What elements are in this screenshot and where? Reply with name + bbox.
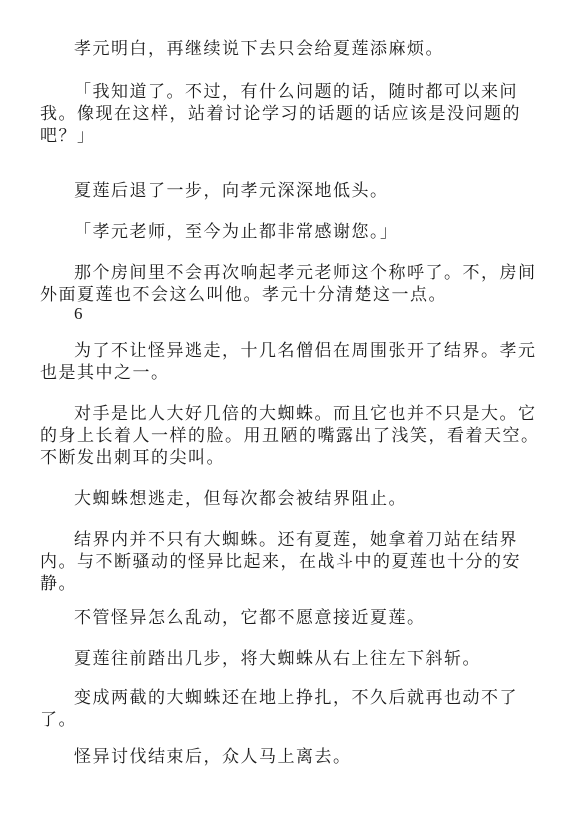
paragraph: 孝元明白，再继续说下去只会给夏莲添麻烦。 xyxy=(40,38,563,60)
text-line: 内。与不断骚动的怪异比起来，在战斗中的夏莲也十分的安 xyxy=(40,551,563,573)
paragraph: 那个房间里不会再次响起孝元老师这个称呼了。不，房间外面夏莲也不会这么叫他。孝元十… xyxy=(40,262,563,306)
text-line: 对手是比人大好几倍的大蜘蛛。而且它也并不只是大。它 xyxy=(40,403,563,425)
text-line: 怪异讨伐结束后，众人马上离去。 xyxy=(40,746,563,768)
text-line: 那个房间里不会再次响起孝元老师这个称呼了。不，房间 xyxy=(40,262,563,284)
paragraph: 夏莲后退了一步，向孝元深深地低头。 xyxy=(40,180,563,202)
text-content: 孝元明白，再继续说下去只会给夏莲添麻烦。「我知道了。不过，有什么问题的话，随时都… xyxy=(40,38,563,768)
text-line: 「我知道了。不过，有什么问题的话，随时都可以来问 xyxy=(40,81,563,103)
text-line: 我。像现在这样，站着讨论学习的话题的话应该是没问题的 xyxy=(40,103,563,125)
text-line: 静。 xyxy=(40,573,563,595)
text-line: 6 xyxy=(40,303,563,325)
text-line: 的身上长着人一样的脸。用丑陋的嘴露出了浅笑，看着天空。 xyxy=(40,425,563,447)
text-line: 结界内并不只有大蜘蛛。还有夏莲，她拿着刀站在结界 xyxy=(40,529,563,551)
paragraph: 「孝元老师，至今为止都非常感谢您。」 xyxy=(40,221,563,243)
text-line: 夏莲往前踏出几步，将大蜘蛛从右上往左下斜斩。 xyxy=(40,648,563,670)
paragraph: 「我知道了。不过，有什么问题的话，随时都可以来问我。像现在这样，站着讨论学习的话… xyxy=(40,81,563,147)
text-line: 大蜘蛛想逃走，但每次都会被结界阻止。 xyxy=(40,488,563,510)
paragraph: 大蜘蛛想逃走，但每次都会被结界阻止。 xyxy=(40,488,563,510)
paragraph: 对手是比人大好几倍的大蜘蛛。而且它也并不只是大。它的身上长着人一样的脸。用丑陋的… xyxy=(40,403,563,469)
text-line: 变成两截的大蜘蛛还在地上挣扎，不久后就再也动不了 xyxy=(40,687,563,709)
paragraph: 结界内并不只有大蜘蛛。还有夏莲，她拿着刀站在结界内。与不断骚动的怪异比起来，在战… xyxy=(40,529,563,595)
paragraph: 怪异讨伐结束后，众人马上离去。 xyxy=(40,746,563,768)
text-line: 「孝元老师，至今为止都非常感谢您。」 xyxy=(40,221,563,243)
paragraph: 不管怪异怎么乱动，它都不愿意接近夏莲。 xyxy=(40,607,563,629)
text-line: 了。 xyxy=(40,709,563,731)
section-number: 6 xyxy=(40,303,563,325)
text-line: 吧？」 xyxy=(40,125,563,147)
book-page: 孝元明白，再继续说下去只会给夏莲添麻烦。「我知道了。不过，有什么问题的话，随时都… xyxy=(0,0,583,828)
text-line: 孝元明白，再继续说下去只会给夏莲添麻烦。 xyxy=(40,38,563,60)
text-line: 不管怪异怎么乱动，它都不愿意接近夏莲。 xyxy=(40,607,563,629)
text-line: 也是其中之一。 xyxy=(40,362,563,384)
paragraph: 为了不让怪异逃走，十几名僧侣在周围张开了结界。孝元也是其中之一。 xyxy=(40,340,563,384)
text-line: 不断发出刺耳的尖叫。 xyxy=(40,447,563,469)
text-line: 夏莲后退了一步，向孝元深深地低头。 xyxy=(40,180,563,202)
paragraph: 夏莲往前踏出几步，将大蜘蛛从右上往左下斜斩。 xyxy=(40,648,563,670)
paragraph: 变成两截的大蜘蛛还在地上挣扎，不久后就再也动不了了。 xyxy=(40,687,563,731)
text-line: 为了不让怪异逃走，十几名僧侣在周围张开了结界。孝元 xyxy=(40,340,563,362)
